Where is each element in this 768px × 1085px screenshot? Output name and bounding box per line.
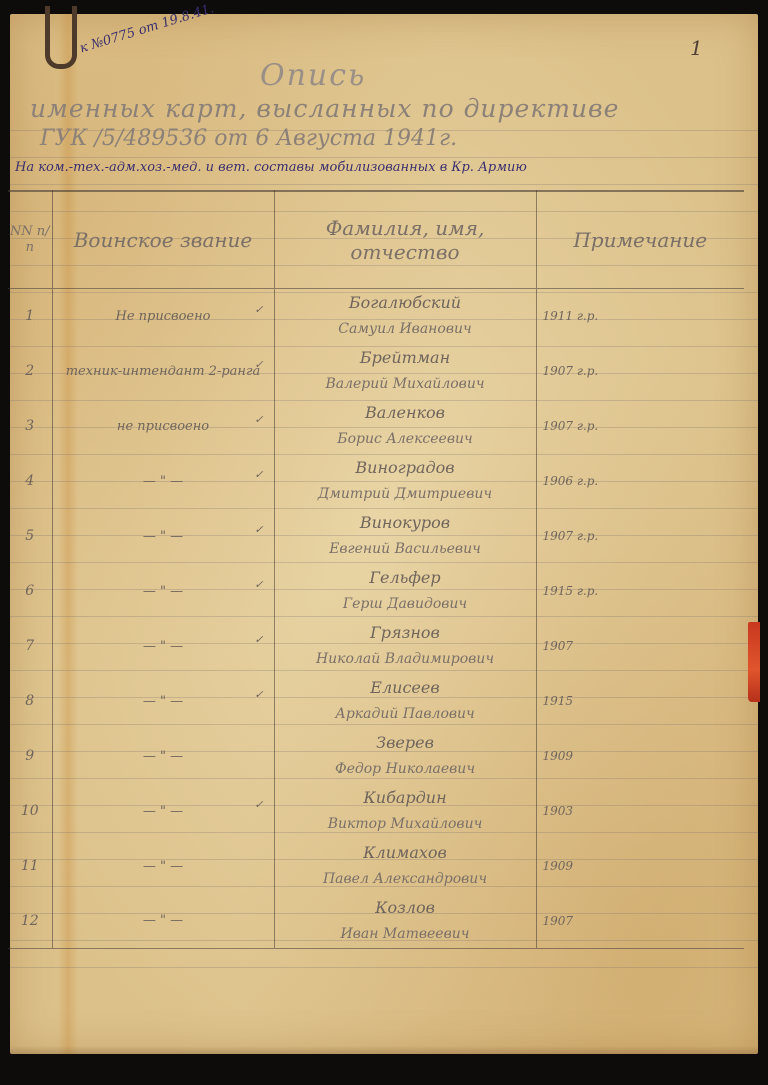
given-names: Дмитрий Дмитриевич [275, 481, 536, 508]
row-note: 1907 г.р. [536, 509, 744, 564]
surname: Гельфер [369, 568, 440, 587]
row-note: 1911 г.р. [536, 289, 744, 344]
checkmark-icon: ✓ [254, 688, 263, 701]
table-row: 5 — " —✓ ВинокуровЕвгений Васильевич 190… [8, 509, 744, 564]
row-number: 5 [8, 509, 52, 564]
table-row: 6 — " —✓ ГельферГерш Давидович 1915 г.р. [8, 564, 744, 619]
rank-text: — " — [143, 913, 183, 928]
row-name: БрейтманВалерий Михайлович [274, 344, 536, 399]
row-rank: — " —✓ [52, 784, 274, 839]
rank-text: техник-интендант 2-ранга [66, 364, 261, 379]
checkmark-icon: ✓ [254, 468, 263, 481]
surname: Богалюбский [349, 293, 461, 312]
given-names: Федор Николаевич [275, 756, 536, 783]
row-number: 10 [8, 784, 52, 839]
rank-text: — " — [143, 584, 183, 599]
given-names: Павел Александрович [275, 866, 536, 893]
table-row: 12 — " — КозловИван Матвеевич 1907 [8, 894, 744, 949]
row-note: 1909 [536, 839, 744, 894]
row-number: 12 [8, 894, 52, 949]
row-number: 8 [8, 674, 52, 729]
row-name: ЕлисеевАркадий Павлович [274, 674, 536, 729]
row-name: ВинокуровЕвгений Васильевич [274, 509, 536, 564]
given-names: Валерий Михайлович [275, 371, 536, 398]
table-row: 8 — " —✓ ЕлисеевАркадий Павлович 1915 [8, 674, 744, 729]
surname: Винокуров [360, 513, 450, 532]
personnel-roster-table: NN п/п Воинское звание Фамилия, имя, отч… [8, 190, 744, 949]
given-names: Виктор Михайлович [275, 811, 536, 838]
checkmark-icon: ✓ [254, 633, 263, 646]
row-number: 7 [8, 619, 52, 674]
given-names: Николай Владимирович [275, 646, 536, 673]
rank-text: — " — [143, 859, 183, 874]
row-note: 1903 [536, 784, 744, 839]
row-rank: — " — [52, 894, 274, 949]
row-rank: — " —✓ [52, 564, 274, 619]
row-note: 1907 г.р. [536, 399, 744, 454]
rank-text: — " — [143, 694, 183, 709]
row-rank: — " — [52, 839, 274, 894]
given-names: Аркадий Павлович [275, 701, 536, 728]
table-row: 1 Не присвоено✓ БогалюбскийСамуил Иванов… [8, 289, 744, 344]
row-number: 9 [8, 729, 52, 784]
row-number: 4 [8, 454, 52, 509]
paperclip-icon [45, 6, 77, 69]
row-number: 2 [8, 344, 52, 399]
document-subtitle-line3: На ком.-тех.-адм.хоз.-мед. и вет. состав… [15, 160, 527, 175]
table-row: 11 — " — КлимаховПавел Александрович 190… [8, 839, 744, 894]
surname: Брейтман [360, 348, 450, 367]
row-name: КлимаховПавел Александрович [274, 839, 536, 894]
given-names: Иван Матвеевич [275, 921, 536, 948]
row-name: ГрязновНиколай Владимирович [274, 619, 536, 674]
row-rank: техник-интендант 2-ранга✓ [52, 344, 274, 399]
checkmark-icon: ✓ [254, 413, 263, 426]
table-row: 7 — " —✓ ГрязновНиколай Владимирович 190… [8, 619, 744, 674]
row-note: 1907 [536, 619, 744, 674]
row-rank: — " —✓ [52, 619, 274, 674]
row-name: КибардинВиктор Михайлович [274, 784, 536, 839]
row-number: 1 [8, 289, 52, 344]
rank-text: Не присвоено [116, 309, 211, 324]
table-row: 3 не присвоено✓ ВаленковБорис Алексеевич… [8, 399, 744, 454]
checkmark-icon: ✓ [254, 798, 263, 811]
header-name: Фамилия, имя, отчество [274, 191, 536, 289]
row-rank: — " — [52, 729, 274, 784]
paper-edge [10, 1046, 758, 1054]
surname: Климахов [363, 843, 447, 862]
surname: Валенков [365, 403, 445, 422]
header-number: NN п/п [8, 191, 52, 289]
header-rank: Воинское звание [52, 191, 274, 289]
header-note: Примечание [536, 191, 744, 289]
row-number: 3 [8, 399, 52, 454]
table-row: 2 техник-интендант 2-ранга✓ БрейтманВале… [8, 344, 744, 399]
surname: Кибардин [363, 788, 446, 807]
row-rank: не присвоено✓ [52, 399, 274, 454]
row-note: 1915 г.р. [536, 564, 744, 619]
given-names: Евгений Васильевич [275, 536, 536, 563]
rank-text: — " — [143, 529, 183, 544]
row-rank: — " —✓ [52, 509, 274, 564]
checkmark-icon: ✓ [254, 578, 263, 591]
surname: Грязнов [370, 623, 440, 642]
table-row: 10 — " —✓ КибардинВиктор Михайлович 1903 [8, 784, 744, 839]
document-subtitle-line1: именных карт, высланных по директиве [30, 94, 619, 123]
table-row: 4 — " —✓ ВиноградовДмитрий Дмитриевич 19… [8, 454, 744, 509]
row-name: ВиноградовДмитрий Дмитриевич [274, 454, 536, 509]
row-name: КозловИван Матвеевич [274, 894, 536, 949]
rank-text: — " — [143, 639, 183, 654]
row-number: 11 [8, 839, 52, 894]
document-title: Опись [260, 58, 366, 93]
row-name: ВаленковБорис Алексеевич [274, 399, 536, 454]
rank-text: — " — [143, 474, 183, 489]
row-note: 1909 [536, 729, 744, 784]
given-names: Герш Давидович [275, 591, 536, 618]
rank-text: не присвоено [117, 419, 209, 434]
row-note: 1907 [536, 894, 744, 949]
row-number: 6 [8, 564, 52, 619]
checkmark-icon: ✓ [254, 358, 263, 371]
row-name: ГельферГерш Давидович [274, 564, 536, 619]
checkmark-icon: ✓ [254, 303, 263, 316]
row-rank: — " —✓ [52, 454, 274, 509]
row-note: 1907 г.р. [536, 344, 744, 399]
rank-text: — " — [143, 749, 183, 764]
row-rank: — " —✓ [52, 674, 274, 729]
checkmark-icon: ✓ [254, 523, 263, 536]
row-note: 1906 г.р. [536, 454, 744, 509]
surname: Елисеев [370, 678, 439, 697]
surname: Козлов [375, 898, 435, 917]
row-name: ЗверевФедор Николаевич [274, 729, 536, 784]
row-name: БогалюбскийСамуил Иванович [274, 289, 536, 344]
surname: Зверев [376, 733, 434, 752]
document-subtitle-line2: ГУК /5/489536 от 6 Августа 1941г. [40, 126, 457, 151]
surname: Виноградов [355, 458, 454, 477]
rank-text: — " — [143, 804, 183, 819]
table-row: 9 — " — ЗверевФедор Николаевич 1909 [8, 729, 744, 784]
page-number: 1 [690, 36, 703, 60]
row-rank: Не присвоено✓ [52, 289, 274, 344]
table-header-row: NN п/п Воинское звание Фамилия, имя, отч… [8, 191, 744, 289]
red-seal-stain [748, 622, 760, 702]
row-note: 1915 [536, 674, 744, 729]
given-names: Борис Алексеевич [275, 426, 536, 453]
given-names: Самуил Иванович [275, 316, 536, 343]
